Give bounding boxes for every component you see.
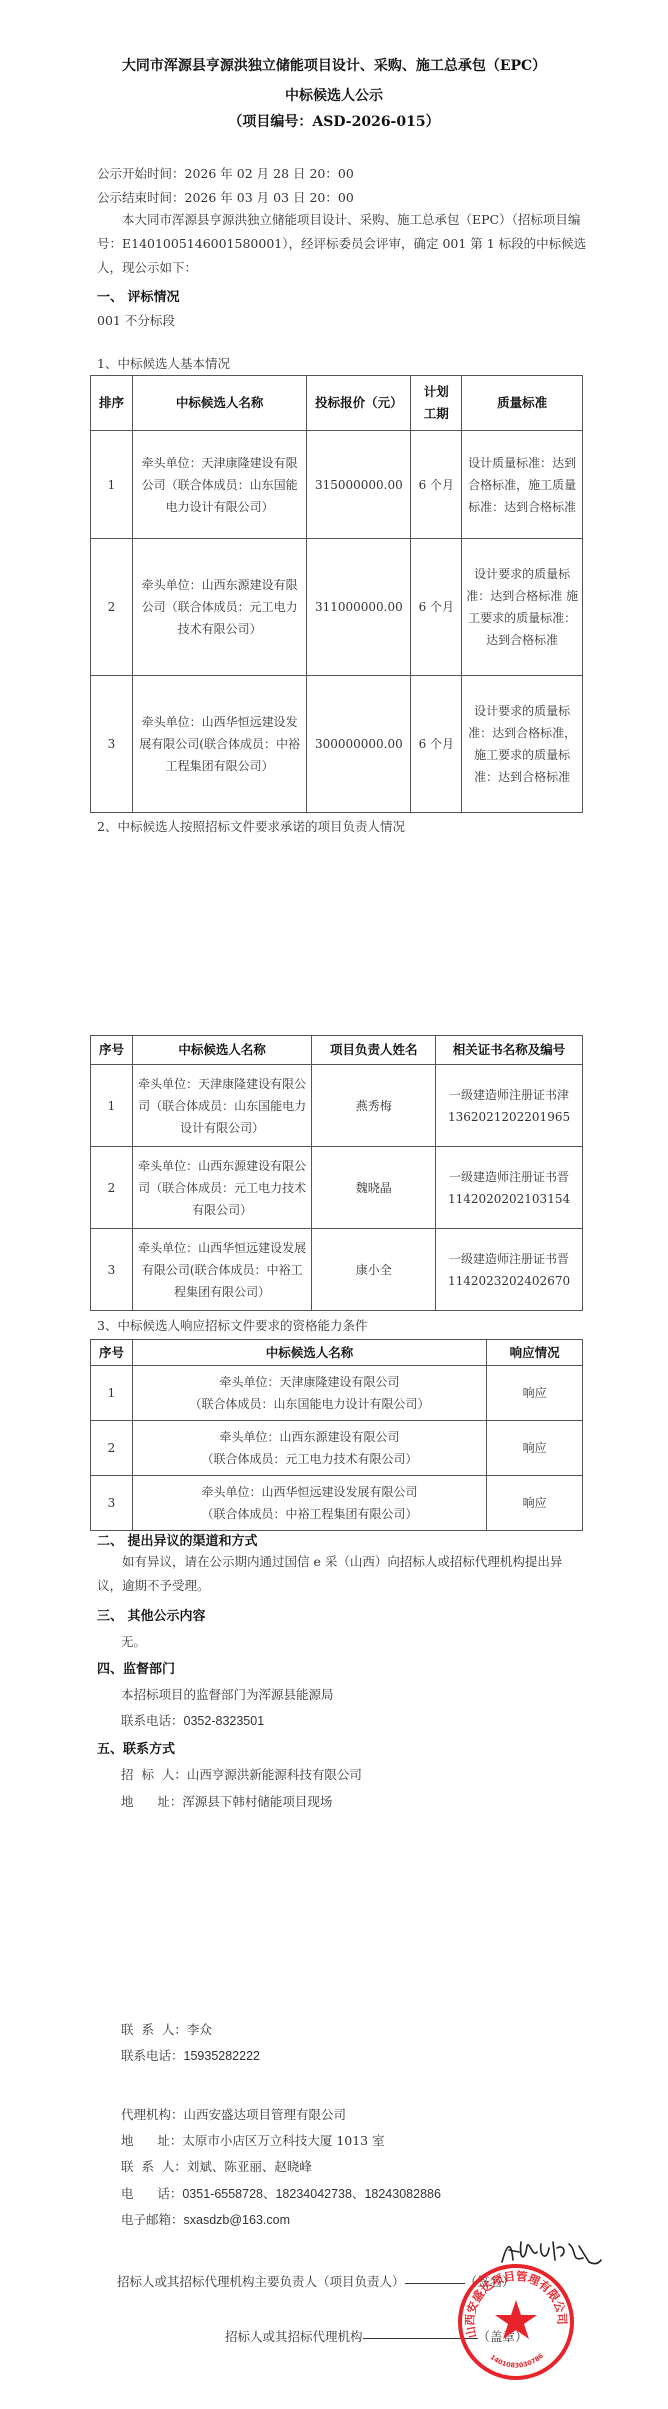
phone-label: 联系电话：	[121, 1713, 184, 1728]
cell-no: 2	[91, 1147, 133, 1229]
cell-no: 3	[91, 1476, 133, 1531]
publicity-start: 公示开始时间：2026 年 02 月 28 日 20：00	[97, 164, 354, 182]
signature-row: 招标人或其招标代理机构主要负责人（项目负责人）（签名）	[117, 2272, 515, 2290]
lead-unit: 牵头单位：山西东源建设有限公司	[136, 1426, 483, 1448]
cell-name: 牵头单位：天津康隆建设有限公司 （联合体成员：山东国能电力设计有限公司）	[132, 1366, 486, 1421]
cell-rank: 3	[91, 676, 133, 813]
header-no: 序号	[91, 1340, 133, 1366]
cell-no: 3	[91, 1229, 133, 1311]
header-name: 中标候选人名称	[132, 1340, 486, 1366]
agency-label: 代理机构：	[121, 2107, 184, 2122]
cell-name: 牵头单位：山西东源建设有限公司（联合体成员：元工电力技术有限公司）	[132, 539, 306, 676]
table-header-row: 序号 中标候选人名称 响应情况	[91, 1340, 583, 1366]
signature-label: 招标人或其招标代理机构主要负责人（项目负责人）	[117, 2274, 405, 2289]
header-manager: 项目负责人姓名	[312, 1036, 436, 1065]
cell-name: 牵头单位：山西东源建设有限公司 （联合体成员：元工电力技术有限公司）	[132, 1421, 486, 1476]
cell-manager: 燕秀梅	[312, 1065, 436, 1147]
supervisor-dept: 本招标项目的监督部门为浑源县能源局	[121, 1685, 334, 1703]
agency-contact-row: 联 系 人：刘斌、陈亚丽、赵晓峰	[121, 2157, 312, 2175]
table-row: 2 牵头单位：山西东源建设有限公司 （联合体成员：元工电力技术有限公司） 响应	[91, 1421, 583, 1476]
cell-name: 牵头单位：山西华恒远建设发展有限公司 （联合体成员：中裕工程集团有限公司）	[132, 1476, 486, 1531]
contact-row: 联 系 人：李众	[121, 2020, 212, 2038]
header-rank: 排序	[91, 376, 133, 431]
table-row: 3 牵头单位：山西华恒远建设发展有限公司(联合体成员：中裕工程集团有限公司） 康…	[91, 1229, 583, 1311]
cell-cert: 一级建造师注册证书晋 1142023202402670	[436, 1229, 583, 1311]
header-price: 投标报价（元）	[307, 376, 411, 431]
cell-price: 300000000.00	[307, 676, 411, 813]
cell-rank: 1	[91, 431, 133, 539]
contact-label: 联 系 人：	[121, 2022, 187, 2037]
company-seal-icon: 山西安盛达项目管理有限公司 1401083030786	[456, 2262, 576, 2382]
cell-response: 响应	[487, 1366, 583, 1421]
cell-manager: 魏晓晶	[312, 1147, 436, 1229]
tenderer-value: 山西亨源洪新能源科技有限公司	[187, 1767, 362, 1782]
cell-name: 牵头单位：山西东源建设有限公司（联合体成员：元工电力技术有限公司）	[132, 1147, 311, 1229]
header-period: 计划工期	[411, 376, 462, 431]
agency-phone-row: 电 话：0351-6558728、18234042738、18243082886	[121, 2184, 441, 2202]
cell-period: 6 个月	[411, 676, 462, 813]
agency-contact-label: 联 系 人：	[121, 2159, 187, 2174]
title-line-1: 大同市浑源县亨源洪独立储能项目设计、采购、施工总承包（EPC）	[0, 55, 668, 75]
table-row: 2 牵头单位：山西东源建设有限公司（联合体成员：元工电力技术有限公司） 魏晓晶 …	[91, 1147, 583, 1229]
cell-name: 牵头单位：天津康隆建设有限公司（联合体成员：山东国能电力设计有限公司）	[132, 1065, 311, 1147]
subsection-3-label: 3、中标候选人响应招标文件要求的资格能力条件	[97, 1316, 367, 1334]
cell-response: 响应	[487, 1476, 583, 1531]
intro-paragraph: 本大同市浑源县亨源洪独立储能项目设计、采购、施工总承包（EPC）（招标项目编号：…	[97, 208, 587, 280]
subsection-2-label: 2、中标候选人按照招标文件要求承诺的项目负责人情况	[97, 817, 405, 835]
section1-heading: 一、 评标情况	[97, 286, 180, 305]
lead-unit: 牵头单位：山西华恒远建设发展有限公司	[136, 1481, 483, 1503]
table-row: 1 牵头单位：天津康隆建设有限公司（联合体成员：山东国能电力设计有限公司） 燕秀…	[91, 1065, 583, 1147]
cell-name: 牵头单位：山西华恒远建设发展有限公司(联合体成员：中裕工程集团有限公司）	[132, 676, 306, 813]
header-response: 响应情况	[487, 1340, 583, 1366]
cell-response: 响应	[487, 1421, 583, 1476]
cell-name: 牵头单位：山西华恒远建设发展有限公司(联合体成员：中裕工程集团有限公司）	[132, 1229, 311, 1311]
header-name: 中标候选人名称	[132, 1036, 311, 1065]
agency-row: 代理机构：山西安盛达项目管理有限公司	[121, 2105, 346, 2123]
cell-price: 315000000.00	[307, 431, 411, 539]
cell-name: 牵头单位：天津康隆建设有限公司（联合体成员：山东国能电力设计有限公司）	[132, 431, 306, 539]
table-row: 3 牵头单位：山西华恒远建设发展有限公司 （联合体成员：中裕工程集团有限公司） …	[91, 1476, 583, 1531]
section3-body: 无。	[121, 1632, 146, 1650]
email-value: sxasdzb@163.com	[184, 2213, 291, 2227]
section5-heading: 五、联系方式	[97, 1738, 175, 1757]
phone-label: 联系电话：	[121, 2048, 184, 2063]
agency-contact-value: 刘斌、陈亚丽、赵晓峰	[187, 2159, 312, 2174]
contact-value: 李众	[187, 2022, 212, 2037]
agency-phone-label: 电 话：	[121, 2186, 182, 2201]
project-manager-table: 序号 中标候选人名称 项目负责人姓名 相关证书名称及编号 1 牵头单位：天津康隆…	[90, 1035, 583, 1311]
email-row: 电子邮箱：sxasdzb@163.com	[121, 2210, 290, 2228]
svg-text:1401083030786: 1401083030786	[489, 2352, 546, 2370]
cell-quality: 设计要求的质量标准：达到合格标准 施工要求的质量标准：达到合格标准	[462, 539, 583, 676]
cell-quality: 设计质量标准：达到合格标准，施工质量标准：达到合格标准	[462, 431, 583, 539]
tenderer-address-row: 地 址：浑源县下韩村储能项目现场	[121, 1792, 332, 1810]
lead-unit: 牵头单位：天津康隆建设有限公司	[136, 1371, 483, 1393]
candidate-basic-table: 排序 中标候选人名称 投标报价（元） 计划工期 质量标准 1 牵头单位：天津康隆…	[90, 375, 583, 813]
subsection-1-label: 1、中标候选人基本情况	[97, 354, 230, 372]
address-value: 浑源县下韩村储能项目现场	[182, 1794, 332, 1809]
header-quality: 质量标准	[462, 376, 583, 431]
tenderer-row: 招 标 人：山西亨源洪新能源科技有限公司	[121, 1765, 362, 1783]
seal-code: 1401083030786	[489, 2352, 546, 2370]
email-label: 电子邮箱：	[121, 2212, 184, 2227]
contact-phone-row: 联系电话：15935282222	[121, 2046, 260, 2064]
address-label: 地 址：	[121, 1794, 182, 1809]
cell-period: 6 个月	[411, 539, 462, 676]
table-row: 3 牵头单位：山西华恒远建设发展有限公司(联合体成员：中裕工程集团有限公司） 3…	[91, 676, 583, 813]
table-header-row: 排序 中标候选人名称 投标报价（元） 计划工期 质量标准	[91, 376, 583, 431]
consortium-member: （联合体成员：山东国能电力设计有限公司）	[136, 1393, 483, 1415]
title-line-3: （项目编号：ASD-2026-015）	[0, 111, 668, 131]
table-row: 1 牵头单位：天津康隆建设有限公司（联合体成员：山东国能电力设计有限公司） 31…	[91, 431, 583, 539]
cell-no: 2	[91, 1421, 133, 1476]
supervisor-phone: 0352-8323501	[184, 1714, 265, 1728]
cell-cert: 一级建造师注册证书津 1362021202201965	[436, 1065, 583, 1147]
cell-price: 311000000.00	[307, 539, 411, 676]
supervisor-phone-row: 联系电话：0352-8323501	[121, 1711, 264, 1729]
qualification-response-table: 序号 中标候选人名称 响应情况 1 牵头单位：天津康隆建设有限公司 （联合体成员…	[90, 1339, 583, 1531]
contact-phone: 15935282222	[184, 2049, 260, 2063]
cell-quality: 设计要求的质量标准：达到合格标准，施工要求的质量标准：达到合格标准	[462, 676, 583, 813]
title-line-2: 中标候选人公示	[0, 85, 668, 105]
consortium-member: （联合体成员：中裕工程集团有限公司）	[136, 1503, 483, 1525]
section2-heading: 二、 提出异议的渠道和方式	[97, 1530, 258, 1549]
table-row: 1 牵头单位：天津康隆建设有限公司 （联合体成员：山东国能电力设计有限公司） 响…	[91, 1366, 583, 1421]
cell-period: 6 个月	[411, 431, 462, 539]
cell-no: 1	[91, 1366, 133, 1421]
lot-label: 001 不分标段	[97, 311, 175, 329]
section2-body: 如有异议，请在公示期内通过国信 e 采（山西）向招标人或招标代理机构提出异议，逾…	[97, 1550, 587, 1598]
agency-address-row: 地 址：太原市小店区万立科技大厦 1013 室	[121, 2131, 385, 2149]
section3-heading: 三、 其他公示内容	[97, 1605, 206, 1624]
agency-value: 山西安盛达项目管理有限公司	[184, 2107, 347, 2122]
agency-address-value: 太原市小店区万立科技大厦 1013 室	[182, 2133, 384, 2148]
header-no: 序号	[91, 1036, 133, 1065]
seal-label: 招标人或其招标代理机构	[225, 2329, 363, 2344]
consortium-member: （联合体成员：元工电力技术有限公司）	[136, 1448, 483, 1470]
header-cert: 相关证书名称及编号	[436, 1036, 583, 1065]
cell-manager: 康小全	[312, 1229, 436, 1311]
table-header-row: 序号 中标候选人名称 项目负责人姓名 相关证书名称及编号	[91, 1036, 583, 1065]
tenderer-label: 招 标 人：	[121, 1767, 187, 1782]
cell-rank: 2	[91, 539, 133, 676]
agency-address-label: 地 址：	[121, 2133, 182, 2148]
table-row: 2 牵头单位：山西东源建设有限公司（联合体成员：元工电力技术有限公司） 3110…	[91, 539, 583, 676]
agency-phone-value: 0351-6558728、18234042738、18243082886	[182, 2187, 441, 2201]
header-name: 中标候选人名称	[132, 376, 306, 431]
section4-heading: 四、监督部门	[97, 1658, 175, 1677]
cell-no: 1	[91, 1065, 133, 1147]
publicity-end: 公示结束时间：2026 年 03 月 03 日 20：00	[97, 188, 354, 206]
cell-cert: 一级建造师注册证书晋 1142020202103154	[436, 1147, 583, 1229]
